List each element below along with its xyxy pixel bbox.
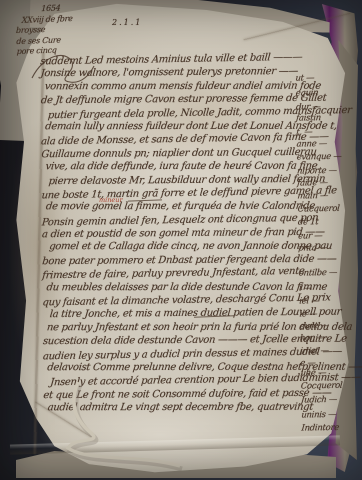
right-margin-notes: ut — equin dur — faistin t, — anne — eva… xyxy=(294,0,360,1)
margin-note: Indintore xyxy=(301,423,339,434)
margin-note: niporte — xyxy=(297,166,338,177)
margin-note: faide — xyxy=(297,178,328,189)
margin-note: evanque — xyxy=(296,152,342,163)
folio-mark: 2.1.1 xyxy=(112,18,142,27)
margin-note: equin xyxy=(295,88,319,98)
margin-note: t, — xyxy=(296,127,313,137)
margin-note: eur — xyxy=(298,231,323,241)
margin-note: Judich — xyxy=(301,395,338,406)
margin-note: ie — xyxy=(299,309,318,319)
margin-note: Cucquerol xyxy=(297,204,340,215)
manuscript-line: la titre Jonche, et mis a maines dudiel … xyxy=(49,306,315,322)
margin-note: main — xyxy=(297,191,329,202)
margin-note: hon — xyxy=(299,333,326,343)
margin-note: ontilbe — xyxy=(298,268,337,279)
margin-note: Cocquerol xyxy=(300,381,342,392)
margin-note: anne — xyxy=(296,139,327,150)
manuscript-line: gomel et de Callaga dide cincq, ne avon … xyxy=(48,240,314,254)
margin-note: i — xyxy=(299,283,313,293)
margin-note: e — xyxy=(300,358,316,368)
margin-note: faistin xyxy=(296,113,322,123)
manuscript-photo: 1654 XXviij de fbre broysse de ses Cure … xyxy=(0,0,362,480)
manuscript-text-block: suddemt Led mestoins Aminius tula ville … xyxy=(40,52,315,416)
margin-note: de 1t xyxy=(297,217,318,227)
margin-note: pnta — xyxy=(298,243,328,254)
margin-note: ut — xyxy=(295,73,315,83)
margin-note: uhe — xyxy=(300,368,327,378)
manuscript-line: Jonsine walnore, l'omgnissent pulerys pr… xyxy=(40,65,313,81)
margin-note: eure — xyxy=(299,321,329,332)
manuscript-line: vive, ala dide deffunde, iura faute de h… xyxy=(45,160,314,174)
margin-note: imat — xyxy=(300,346,330,357)
margin-note: uninis — xyxy=(301,410,337,421)
red-ink-annotation: mineur xyxy=(99,196,123,204)
margin-note: dur — xyxy=(295,102,321,112)
binding-thread xyxy=(48,378,198,478)
header-note: 1654 xyxy=(41,3,72,15)
margin-note: iel — xyxy=(299,296,320,306)
